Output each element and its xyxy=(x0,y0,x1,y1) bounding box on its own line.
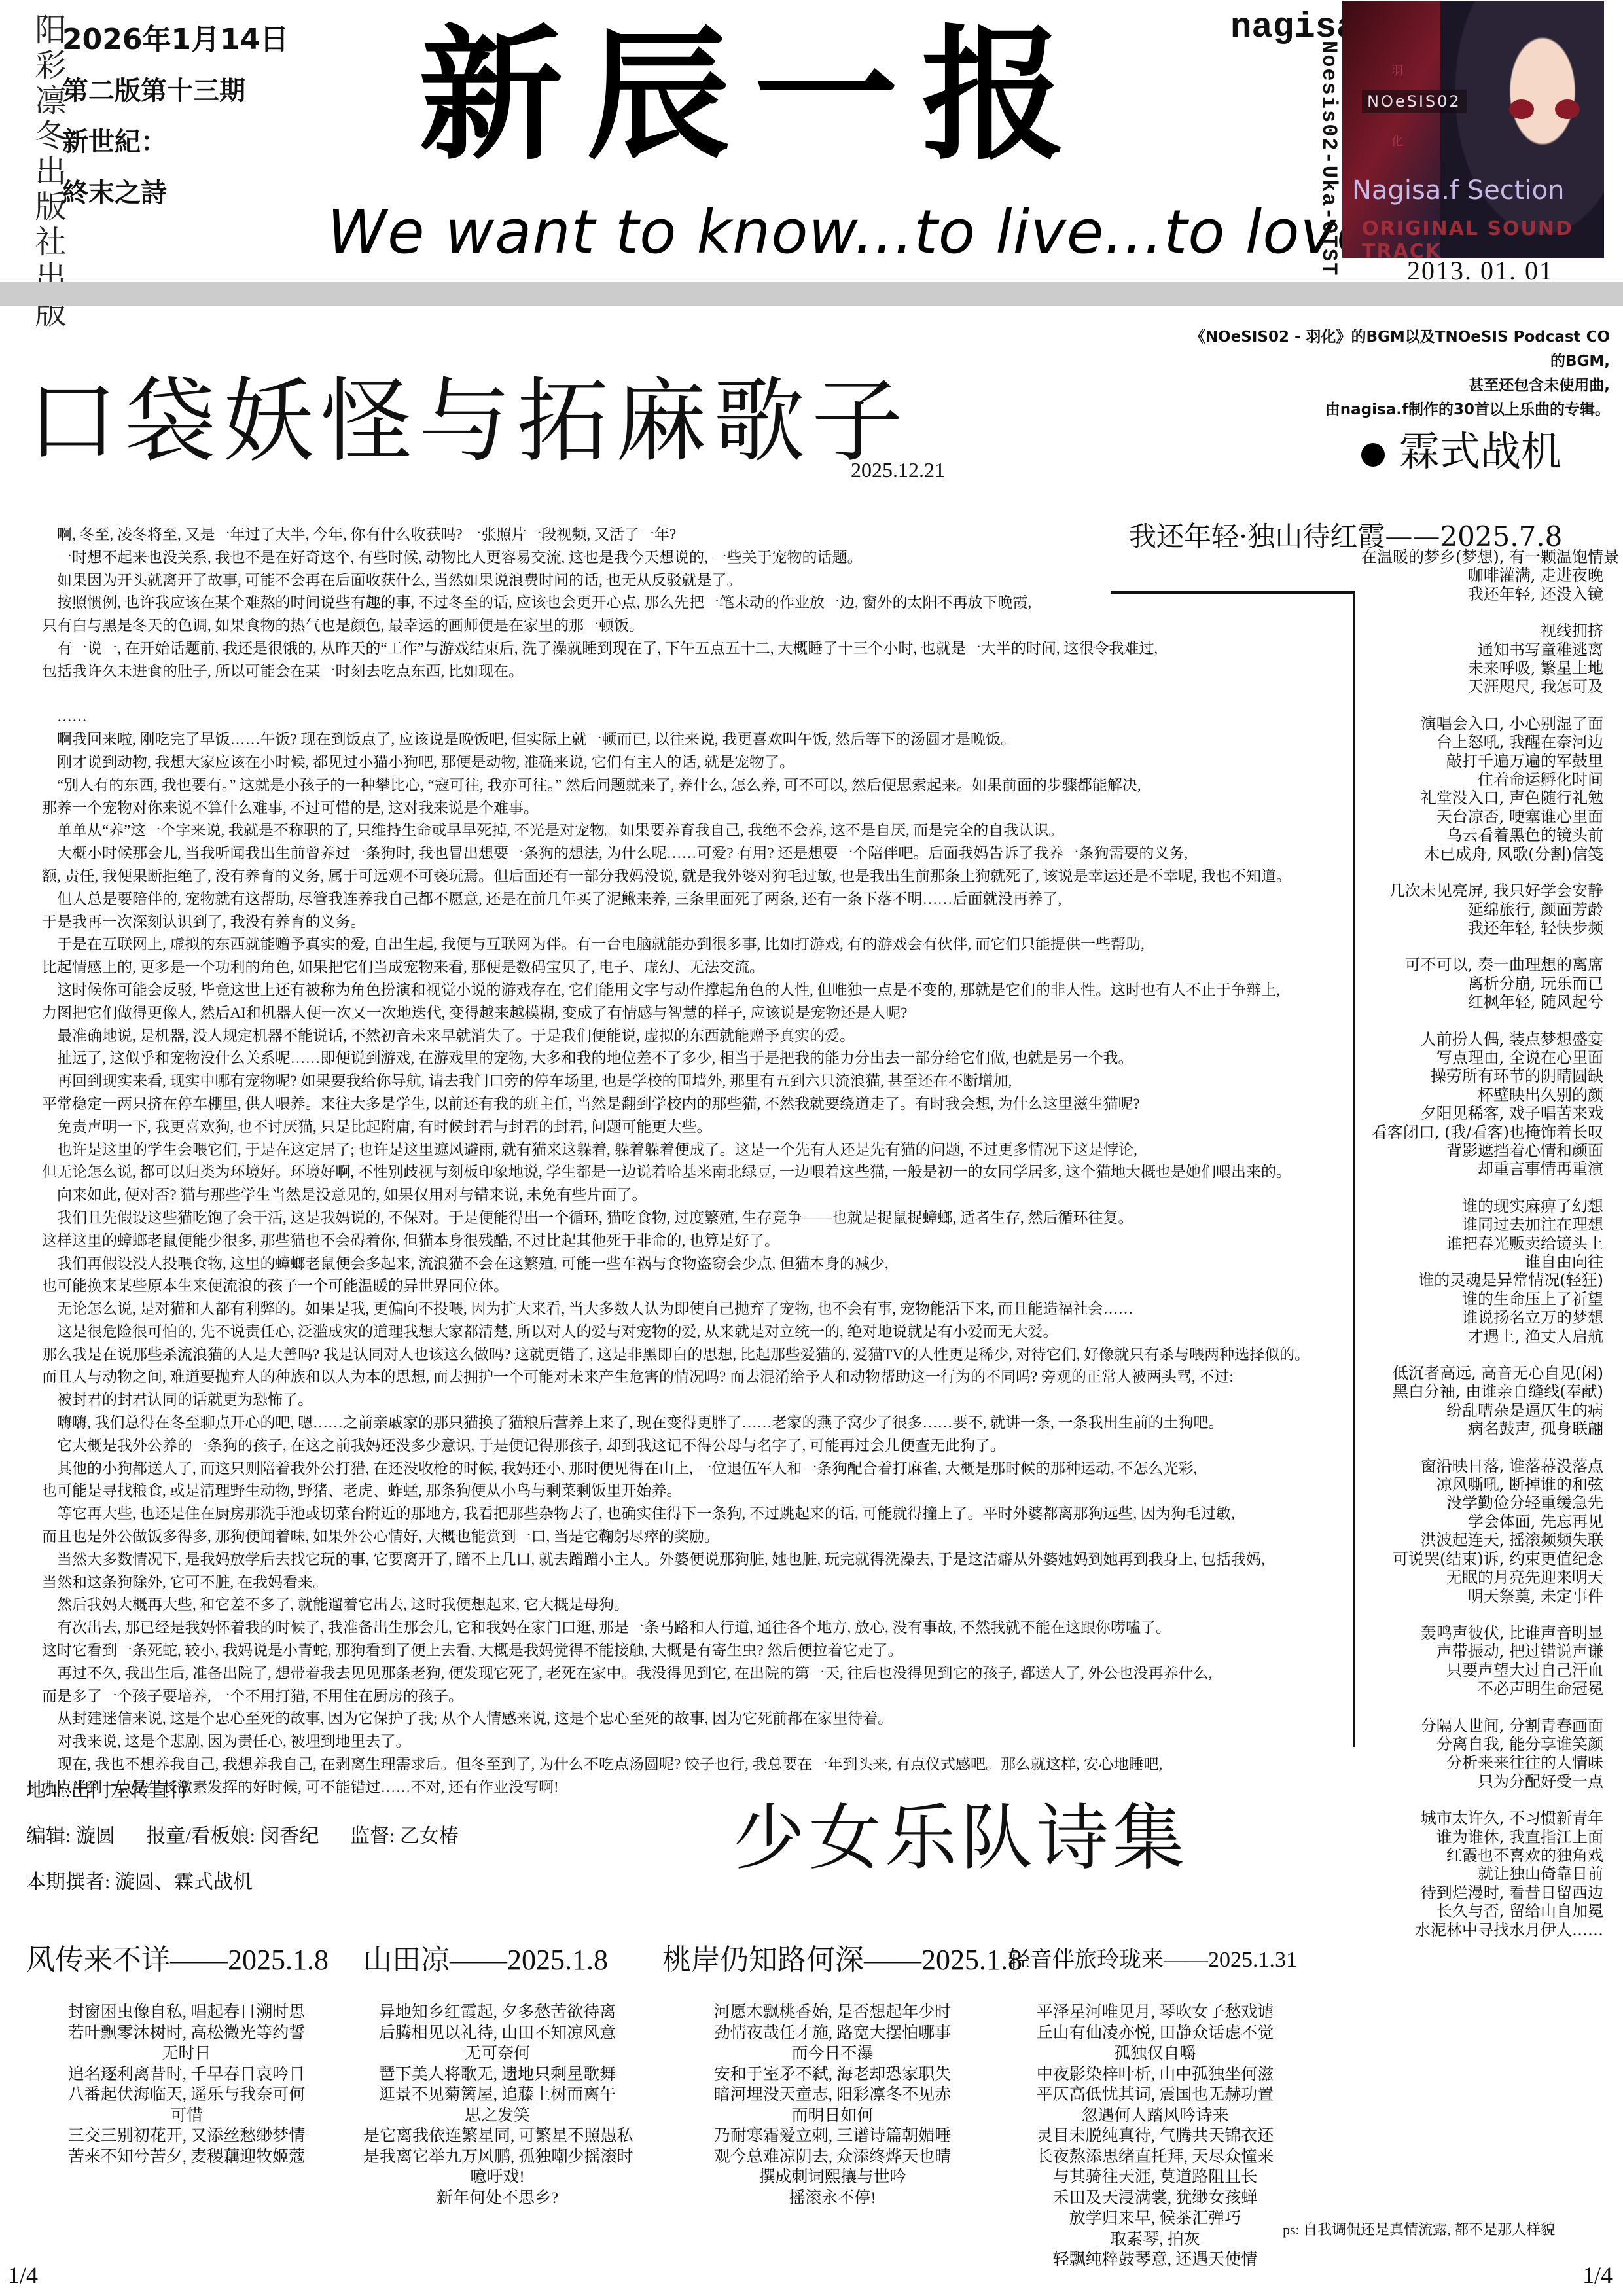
colophon-address: 地址:出门左转直行 xyxy=(26,1774,459,1820)
cover-noesis-logo: NOeSIS02 xyxy=(1362,90,1467,113)
poem-line: 低沉者高远, 高音无心自见(闲) xyxy=(1361,1364,1603,1382)
poem-line: 长夜熬添思绪直托拜, 天尽众憧来 xyxy=(1008,2147,1302,2168)
article-paragraph: 等它再大些, 也还是住在厨房那洗手池或切菜台附近的那地方, 我看把那些杂物去了,… xyxy=(42,1503,1351,1526)
poem-line: 住着命运孵化时间 xyxy=(1361,770,1603,789)
bottom-poem-body: 异地知乡红霞起, 夕多愁苦欲待离后腾相见以礼待, 山田不知凉风意无可奈何琶下美人… xyxy=(363,2002,632,2208)
article-paragraph: 但人总是要陪伴的, 宠物就有这帮助, 尽管我连养我自己都不愿意, 还是在前几年买… xyxy=(42,888,1351,911)
article-paragraph: 现在, 我也不想养我自己, 我想养我自己, 在剥离生理需求后。但冬至到了, 为什… xyxy=(42,1753,1351,1776)
poem-line: 轻飘纯粹鼓琴意, 还遇天使情 xyxy=(1008,2250,1302,2270)
article-paragraph: 而且也是外公做饭多得多, 那狗便闻着味, 如果外公心情好, 大概也能赏到一口, … xyxy=(42,1526,1351,1549)
article-paragraph: 而是多了一个孩子要培养, 一个不用打猎, 不用住在厨房的孩子。 xyxy=(42,1685,1351,1708)
article-paragraph: 而且人与动物之间, 难道要抛弃人的种族和以人为本的思想, 而去拥护一个可能对未来… xyxy=(42,1366,1351,1389)
poem-line: 明天祭奠, 未定事件 xyxy=(1361,1587,1603,1605)
article-paragraph: 这是很危险很可怕的, 先不说责任心, 泛滥成灾的道理我想大家都清楚, 所以对人的… xyxy=(42,1321,1351,1344)
album-blurb-line: 甚至还包含未使用曲, xyxy=(1178,374,1610,398)
poem-line: 窗沿映日落, 谁落幕没落点 xyxy=(1361,1457,1603,1475)
page-number-right: 1/4 xyxy=(1582,2261,1613,2289)
article-paragraph: 对我来说, 这是个悲剧, 因为责任心, 被埋到地里去了。 xyxy=(42,1731,1351,1753)
author-name: 霖式战机 xyxy=(1399,427,1561,475)
newspaper-slogan: We want to know...to live...to love xyxy=(327,200,1374,265)
poem-line: 琶下美人将歌无, 遗地只剩星歌舞 xyxy=(363,2064,632,2085)
poem-line: 可惜 xyxy=(26,2106,347,2126)
poem-line: 中夜影染梓叶析, 山中孤独坐何滋 xyxy=(1008,2064,1302,2085)
article-paragraph: 也可能是寻找粮食, 或是清理野生动物, 野猪、老虎、蚱蜢, 那条狗便从小鸟与剩菜… xyxy=(42,1480,1351,1503)
poem-line: 封窗困虫像自私, 唱起春日溯时思 xyxy=(26,2002,347,2023)
poem-line: 没学勤俭分轻重缓急先 xyxy=(1361,1494,1603,1512)
poem-line: 凉风嘶吼, 断掉谁的和弦 xyxy=(1361,1475,1603,1494)
poem-line: 待到烂漫时, 看昔日留西边 xyxy=(1361,1884,1603,1902)
poem-line: 纷乱嘈杂是逼仄生的病 xyxy=(1361,1401,1603,1420)
poem-stanza: 演唱会入口, 小心别湿了面台上怒吼, 我醒在奈河边敲打千遍万遍的军鼓里住着命运孵… xyxy=(1361,715,1603,863)
poem-line: 咖啡灌满, 走进夜晚 xyxy=(1361,566,1603,584)
poem-line: 而今日不瀑 xyxy=(662,2043,1003,2064)
cover-kanji-bottom: 化 xyxy=(1391,132,1403,149)
bottom-poem-title: 桃岸仍知路何深——2025.1.8 xyxy=(662,1941,1003,1980)
article-paragraph: 扯远了, 这似乎和宠物没什么关系呢……即便说到游戏, 在游戏里的宠物, 大多和我… xyxy=(42,1047,1351,1070)
article-paragraph: 大概小时候那会儿, 当我听闻我出生前曾养过一条狗时, 我也冒出想要一条狗的想法,… xyxy=(42,842,1351,865)
article-paragraph: 那么我是在说那些杀流浪猫的人是大善吗? 我是认同对人也该这么做吗? 这就更错了,… xyxy=(42,1344,1351,1367)
poem-line: 谁的生命压上了祈望 xyxy=(1361,1290,1603,1308)
poem-line: 敲打千遍万遍的军鼓里 xyxy=(1361,752,1603,770)
poem-line: 放学归来早, 候茶汇弹巧 xyxy=(1008,2208,1302,2229)
poem-line: 谁为谁休, 我直指江上面 xyxy=(1361,1828,1603,1846)
poem-line: 谁同过去加注在理想 xyxy=(1361,1215,1603,1234)
bottom-poem-title: 山田凉——2025.1.8 xyxy=(363,1941,632,1980)
page-number-left: 1/4 xyxy=(8,2261,38,2289)
article-paragraph: 有一说一, 在开始话题前, 我还是很饿的, 从昨天的“工作”与游戏结束后, 洗了… xyxy=(42,637,1351,660)
article-paragraph: 它大概是我外公养的一条狗的孩子, 在这之前我妈还没多少意识, 于是便记得那孩子,… xyxy=(42,1435,1351,1458)
poem-line: 轰鸣声彼伏, 比谁声音明显 xyxy=(1361,1624,1603,1642)
poem-stanza: 城市太许久, 不习惯新青年谁为谁休, 我直指江上面红霞也不喜欢的独角戏就让独山倚… xyxy=(1361,1809,1603,1939)
author-tag: 霖式战机 xyxy=(1361,419,1561,477)
poem-line: 是我离它举九万风鹏, 孤独嘲少摇滚时 xyxy=(363,2147,632,2168)
poem-line: 安和于室矛不弑, 海老却恐家职失 xyxy=(662,2064,1003,2085)
poem-stanza: 视线拥挤通知书写童稚逃离未来呼吸, 繁星土地天涯咫尺, 我怎可及 xyxy=(1361,622,1603,696)
article-paragraph: …… xyxy=(42,706,1351,728)
poem-line: 不必声明生命冠冕 xyxy=(1361,1679,1603,1698)
poem-line: 只为分配好受一点 xyxy=(1361,1772,1603,1791)
poem-stanza: 人前扮人偶, 装点梦想盛宴写点理由, 全说在心里面操劳所有环节的阴晴圆缺杯壁映出… xyxy=(1361,1030,1603,1179)
poem-stanza: 低沉者高远, 高音无心自见(闲)黑白分袖, 由谁亲自缝线(奉献)纷乱嘈杂是逼仄生… xyxy=(1361,1364,1603,1439)
poem-line: 乌云看着黑色的镜头前 xyxy=(1361,826,1603,844)
poem-stanza: 几次未见亮屏, 我只好学会安静延绵旅行, 颜面芳龄我还年轻, 轻快步频 xyxy=(1361,882,1603,937)
poem-line: 是它离我依连繁星同, 可繁星不照愚私 xyxy=(363,2126,632,2147)
poem-line: 天涯咫尺, 我怎可及 xyxy=(1361,677,1603,696)
poem-line: 平泽星河唯见月, 琴吹女子愁戏谑 xyxy=(1008,2002,1302,2023)
article-paragraph: 其他的小狗都送人了, 而这只则陪着我外公打猎, 在还没收枪的时候, 我妈还小, … xyxy=(42,1458,1351,1480)
poem-line: 我还年轻, 还没入镜 xyxy=(1361,585,1603,603)
poem-line: 无眠的月亮先迎来明天 xyxy=(1361,1568,1603,1587)
poem-line: 灵目未脱纯真待, 气腾共天锦衣还 xyxy=(1008,2126,1302,2147)
poem-line: 取素琴, 拍灰 xyxy=(1008,2229,1302,2250)
poem-line: 乃耐寒霜爱立刺, 三谱诗篇朝媚唾 xyxy=(662,2126,1003,2147)
article-paragraph: 刚才说到动物, 我想大家应该在小时候, 都见过小猫小狗吧, 那便是动物, 准确来… xyxy=(42,751,1351,774)
poem-line: 通知书写童稚逃离 xyxy=(1361,641,1603,659)
series-line-2: 終末之詩 xyxy=(62,168,289,219)
article-paragraph: 嗨嗨, 我们总得在冬至聊点开心的吧, 嗯……之前亲戚家的那只猫换了猫粮后营养上来… xyxy=(42,1412,1351,1435)
article-paragraph: 再过不久, 我出生后, 准备出院了, 想带着我去见见那条老狗, 便发现它死了, … xyxy=(42,1662,1351,1685)
poem-stanza: 可不可以, 奏一曲理想的离席离析分崩, 玩乐而已红枫年轻, 随风起兮 xyxy=(1361,956,1603,1011)
poem-line: 却重言事情再重演 xyxy=(1361,1160,1603,1178)
article-paragraph: 从封建迷信来说, 这是个忠心至死的故事, 因为它保护了我; 从个人情感来说, 这… xyxy=(42,1708,1351,1731)
poem-line: 城市太许久, 不习惯新青年 xyxy=(1361,1809,1603,1827)
poem-line: 夕阳见稀客, 戏子唱苦来戏 xyxy=(1361,1104,1603,1122)
bullet-dot-icon xyxy=(1361,443,1385,467)
article-paragraph: 无论怎么说, 是对猫和人都有利弊的。如果是我, 更偏向不投喂, 因为扩大来看, … xyxy=(42,1298,1351,1321)
poem-line: 才遇上, 渔丈人启航 xyxy=(1361,1327,1603,1346)
poem-line: 禾田及天浸满裳, 犹缈女孩蝉 xyxy=(1008,2188,1302,2209)
poem-line: 在温暖的梦乡(梦想), 有一颗温饱情景 xyxy=(1361,548,1603,566)
poem-line: 而明日如何 xyxy=(662,2106,1003,2126)
bottom-poem: 轻音伴旅玲珑来——2025.1.31 平泽星河唯见月, 琴吹女子愁戏谑丘山有仙凌… xyxy=(1008,1941,1302,2270)
cover-character-eyes xyxy=(1509,99,1588,119)
article-paragraph: 这样这里的蟑螂老鼠便能少很多, 那些猫也不会碍着你, 但猫本身很残酷, 不过比起… xyxy=(42,1230,1351,1253)
poem-line: 只要声望大过自己汗血 xyxy=(1361,1661,1603,1679)
bottom-poem: 风传来不详——2025.1.8 封窗困虫像自私, 唱起春日溯时思若叶飘零沐树时,… xyxy=(26,1941,347,2167)
poem-line: 谁把春光贩卖给镜头上 xyxy=(1361,1234,1603,1253)
poem-stanza: 谁的现实麻痹了幻想谁同过去加注在理想谁把春光贩卖给镜头上谁自由向往谁的灵魂是异常… xyxy=(1361,1197,1603,1346)
article-paragraph: 于是在互联网上, 虚拟的东西就能赠予真实的爱, 自出生起, 我便与互联网为伴。有… xyxy=(42,933,1351,956)
bottom-poem-body: 河愿木飘桃香始, 是否想起年少时劲情夜哉任才施, 路宽大摆怕哪事而今日不瀑安和于… xyxy=(662,2002,1003,2208)
article-paragraph: 按照惯例, 也许我应该在某个难熬的时间说些有趣的事, 不过冬至的话, 应该也会更… xyxy=(42,592,1351,615)
poem-line: 离析分崩, 玩乐而已 xyxy=(1361,975,1603,993)
poem-line: 长久与否, 留给山自加冕 xyxy=(1361,1902,1603,1920)
poem-line: 声带振动, 把过错说声谦 xyxy=(1361,1642,1603,1660)
article-paragraph: 比起情感上的, 更多是一个功利的角色, 如果把它们当成宠物来看, 那便是数码宝贝… xyxy=(42,956,1351,979)
article-paragraph: 然后我妈大概再大些, 和它差不多了, 就能遛着它出去, 这时我便想起来, 它大概… xyxy=(42,1594,1351,1617)
article-date: 2025.12.21 xyxy=(851,458,945,482)
article-paragraph: 当然和这条狗除外, 它可不脏, 在我妈看来。 xyxy=(42,1571,1351,1594)
article-paragraph: 我们且先假设这些猫吃饱了会干活, 这是我妈说的, 不保对。于是便能得出一个循环,… xyxy=(42,1207,1351,1230)
poem-line: 谁自由向往 xyxy=(1361,1253,1603,1271)
poem-line: 红枫年轻, 随风起兮 xyxy=(1361,993,1603,1011)
series-line-1: 新世紀： xyxy=(62,117,289,168)
article-paragraph: 力图把它们做得更像人, 然后AI和机器人便一次又一次地迭代, 变得越来越模糊, … xyxy=(42,1002,1351,1025)
poem-line: 逛景不见菊篱屋, 追藤上树而离午 xyxy=(363,2085,632,2106)
issue-edition: 第二版第十三期 xyxy=(62,65,289,117)
poem-line: 暗河埋没天童志, 阳彩凛冬不见赤 xyxy=(662,2085,1003,2106)
poem-line: 新年何处不思乡? xyxy=(363,2188,632,2209)
poem-line: 忽遇何人踏风吟诗来 xyxy=(1008,2106,1302,2126)
poem-line: 撰成刺词熙攘与世吟 xyxy=(662,2167,1003,2188)
poem-stanza: 轰鸣声彼伏, 比谁声音明显声带振动, 把过错说声谦只要声望大过自己汗血不必声明生… xyxy=(1361,1624,1603,1698)
article-paragraph: 如果因为开头就离开了故事, 可能不会再在后面收获什么, 当然如果说浪费时间的话,… xyxy=(42,569,1351,592)
newspaper-title: 新辰一报 xyxy=(419,20,1089,170)
article-paragraph: 最准确地说, 是机器, 没人规定机器不能说话, 不然初音未来早就消失了。于是我们… xyxy=(42,1025,1351,1048)
article-paragraph: 只有白与黑是冬天的色调, 如果食物的热气也是颜色, 最幸运的画师便是在家里的那一… xyxy=(42,615,1351,637)
article-paragraph: 这时候你可能会反驳, 毕竟这世上还有被称为角色扮演和视觉小说的游戏存在, 它们能… xyxy=(42,979,1351,1002)
poem-line: 人前扮人偶, 装点梦想盛宴 xyxy=(1361,1030,1603,1049)
header-divider-band xyxy=(0,282,1623,306)
colophon-staff: 编辑: 漩圆 报童/看板娘: 闵香纪 监督: 乙女椿 xyxy=(26,1820,459,1865)
album-blurb-line: 《NOeSIS02 - 羽化》的BGM以及TNOeSIS Podcast CO的… xyxy=(1178,325,1610,374)
poem-line: 孤独仅自嚼 xyxy=(1008,2043,1302,2064)
article-paragraph: “别人有的东西, 我也要有。” 这就是小孩子的一种攀比心, “寇可往, 我亦可往… xyxy=(42,774,1351,797)
article-paragraph: 当然大多数情况下, 是我妈放学后去找它玩的事, 它要离开了, 蹭不上几口, 就去… xyxy=(42,1549,1351,1571)
colophon-reporter: 报童/看板娘: 闵香纪 xyxy=(146,1825,319,1847)
cover-ost-text: ORIGINAL SOUND TRACK xyxy=(1362,217,1604,258)
poem-stanza: 分隔人世间, 分割青春画面分离自我, 能分享谁笑颜分析来来往往的人情味只为分配好… xyxy=(1361,1717,1603,1791)
poem-line: 谁说扬名立万的梦想 xyxy=(1361,1308,1603,1327)
poem-line: 可说哭(结束)诉, 约束更值纪念 xyxy=(1361,1550,1603,1568)
poem-line: 可不可以, 奏一曲理想的离席 xyxy=(1361,956,1603,974)
bottom-poem: 桃岸仍知路何深——2025.1.8 河愿木飘桃香始, 是否想起年少时劲情夜哉任才… xyxy=(662,1941,1003,2208)
album-cover-image: 羽 NOeSIS02 化 Nagisa.f Section ORIGINAL S… xyxy=(1342,1,1604,258)
bottom-poem-title: 风传来不详——2025.1.8 xyxy=(26,1941,347,1980)
album-blurb: 《NOeSIS02 - 羽化》的BGM以及TNOeSIS Podcast CO的… xyxy=(1178,325,1610,422)
poem-line: 写点理由, 全说在心里面 xyxy=(1361,1049,1603,1067)
colophon-supervisor: 监督: 乙女椿 xyxy=(350,1825,459,1847)
bottom-poem-body: 封窗困虫像自私, 唱起春日溯时思若叶飘零沐树时, 高松微光等约誓无时日追名逐利离… xyxy=(26,2002,347,2167)
section-title: 少女乐队诗集 xyxy=(733,1780,1188,1884)
issue-meta: 2026年1月14日 第二版第十三期 新世紀： 終末之詩 xyxy=(62,14,289,219)
poem-line: 与其骑往天涯, 莫道路阻且长 xyxy=(1008,2167,1302,2188)
article-paragraph: 被封君的封君认同的话就更为恐怖了。 xyxy=(42,1389,1351,1412)
poem-line: 台上怒吼, 我醒在奈河边 xyxy=(1361,733,1603,751)
poem-line: 黑白分袖, 由谁亲自缝线(奉献) xyxy=(1361,1382,1603,1401)
article-paragraph: 额, 责任, 我便果断拒绝了, 没有养育的义务, 属于可远观不可亵玩焉。但后面还… xyxy=(42,865,1351,888)
poem-line: 礼堂没入口, 声色随行礼勉 xyxy=(1361,789,1603,807)
poem-line: 思之发笑 xyxy=(363,2106,632,2126)
poem-line: 追名逐利离昔时, 千早春日哀吟日 xyxy=(26,2064,347,2085)
article-paragraph xyxy=(42,683,1351,706)
poem-line: 洪波起连天, 摇滚频频失联 xyxy=(1361,1531,1603,1549)
poem-line: 无时日 xyxy=(26,2043,347,2064)
article-paragraph: 单单从“养”这一个字来说, 我就是不称职的了, 只维持生命或早早死掉, 不光是对… xyxy=(42,819,1351,842)
article-headline: 口袋妖怪与拓麻歌子 xyxy=(26,373,910,471)
poem-line: 学会体面, 先忘再见 xyxy=(1361,1513,1603,1531)
poem-line: 河愿木飘桃香始, 是否想起年少时 xyxy=(662,2002,1003,2023)
poem-line: 噫吁戏! xyxy=(363,2167,632,2188)
poem-line: 操劳所有环节的阴晴圆缺 xyxy=(1361,1067,1603,1085)
cover-section-text: Nagisa.f Section xyxy=(1352,175,1564,206)
article-paragraph: 但无论怎么说, 都可以归类为环境好。环境好啊, 不性别歧视与刻板印象地说, 学生… xyxy=(42,1161,1351,1184)
poem-line: 摇滚永不停! xyxy=(662,2188,1003,2209)
article-paragraph: 于是我再一次深刻认识到了, 我没有养育的义务。 xyxy=(42,911,1351,934)
poem-line: 看客闭口, (我/看客)也掩饰着长叹 xyxy=(1361,1123,1603,1141)
poem-line: 异地知乡红霞起, 夕多愁苦欲待离 xyxy=(363,2002,632,2023)
poem-line: 三交三别初花开, 又添丝愁缈梦情 xyxy=(26,2126,347,2147)
article-paragraph: 包括我许久未进食的肚子, 所以可能会在某一时刻去吃点东西, 比如现在。 xyxy=(42,660,1351,683)
article-paragraph: 那养一个宠物对你来说不算什么难事, 不过可惜的是, 这对我来说是个难事。 xyxy=(42,797,1351,820)
article-paragraph: 也许是这里的学生会喂它们, 于是在这定居了; 也许是这里遮风避雨, 就有猫来这躲… xyxy=(42,1139,1351,1162)
poem-postscript: ps: 自我调侃还是真情流露, 都不是那人样貌 xyxy=(1283,2219,1555,2239)
article-paragraph: 免责声明一下, 我更喜欢狗, 也不讨厌猫, 只是比起附庸, 有时候封君与封君的封… xyxy=(42,1116,1351,1139)
poem-line: 后腾相见以礼待, 山田不知凉风意 xyxy=(363,2023,632,2044)
bottom-poem-body: 平泽星河唯见月, 琴吹女子愁戏谑丘山有仙凌亦悦, 田静众话虑不觉孤独仅自嚼中夜影… xyxy=(1008,2002,1302,2270)
poem-line: 几次未见亮屏, 我只好学会安静 xyxy=(1361,882,1603,900)
cover-kanji-top: 羽 xyxy=(1391,62,1403,79)
poem-line: 平仄高低忧其词, 震国也无赫功置 xyxy=(1008,2085,1302,2106)
poem-line: 观今总难凉阴去, 众添终烨天也晴 xyxy=(662,2147,1003,2168)
poem-line: 若叶飘零沐树时, 高松微光等约誓 xyxy=(26,2023,347,2044)
poem-line: 未来呼吸, 繁星土地 xyxy=(1361,659,1603,677)
article-paragraph: 有次出去, 那已经是我妈怀着我的时候了, 我准备出生那会儿, 它和我妈在家门口逛… xyxy=(42,1617,1351,1640)
poem-line: 丘山有仙凌亦悦, 田静众话虑不觉 xyxy=(1008,2023,1302,2044)
poem-line: 谁的现实麻痹了幻想 xyxy=(1361,1197,1603,1215)
article-paragraph: 也可能换来某些原本生来便流浪的孩子一个可能温暖的异世界同位体。 xyxy=(42,1275,1351,1298)
poem-line: 分离自我, 能分享谁笑颜 xyxy=(1361,1735,1603,1753)
poem-line: 苦来不知兮苦夕, 麦稷藕迎牧姬蔻 xyxy=(26,2147,347,2168)
article-paragraph: 这时它看到一条死蛇, 较小, 我妈说是小青蛇, 那狗看到了便上去看, 大概是我妈… xyxy=(42,1640,1351,1662)
poem-line: 就让独山倚靠日前 xyxy=(1361,1865,1603,1883)
poem-line: 木已成舟, 风歌(分割)信笺 xyxy=(1361,845,1603,863)
poem-line: 延绵旅行, 颜面芳龄 xyxy=(1361,901,1603,919)
poem-line: 八番起伏海临天, 遥乐与我奈可何 xyxy=(26,2085,347,2106)
poem-line: 劲情夜哉任才施, 路宽大摆怕哪事 xyxy=(662,2023,1003,2044)
colophon-writers: 本期撰者: 漩圆、霖式战机 xyxy=(26,1865,459,1911)
poem-line: 视线拥挤 xyxy=(1361,622,1603,640)
poem-line: 杯壁映出久别的颜 xyxy=(1361,1086,1603,1104)
poem-stanza: 窗沿映日落, 谁落幕没落点凉风嘶吼, 断掉谁的和弦没学勤俭分轻重缓急先学会体面,… xyxy=(1361,1457,1603,1605)
album-id-vertical: Noesis02-Uka-OTST xyxy=(1317,41,1341,276)
poem-line: 红霞也不喜欢的独角戏 xyxy=(1361,1846,1603,1865)
poem-box-right-rule xyxy=(1353,591,1355,1747)
article-paragraph: 啊我回来啦, 刚吃完了早饭……午饭? 现在到饭点了, 应该说是晚饭吧, 但实际上… xyxy=(42,728,1351,751)
bottom-poem-title: 轻音伴旅玲珑来——2025.1.31 xyxy=(1008,1941,1302,1980)
colophon: 地址:出门左转直行 编辑: 漩圆 报童/看板娘: 闵香纪 监督: 乙女椿 本期撰… xyxy=(26,1774,459,1911)
poem-line: 演唱会入口, 小心别湿了面 xyxy=(1361,715,1603,733)
article-body: 啊, 冬至, 凌冬将至, 又是一年过了大半, 今年, 你有什么收获吗? 一张照片… xyxy=(42,524,1351,1799)
poem-line: 分析来来往往的人情味 xyxy=(1361,1753,1603,1772)
poem-line: 谁的灵魂是异常情况(轻狂) xyxy=(1361,1271,1603,1289)
article-paragraph: 我们再假设没人投喂食物, 这里的蟑螂老鼠便会多起来, 流浪猫不会在这繁殖, 可能… xyxy=(42,1253,1351,1276)
poem-line: 水泥林中寻找水月伊人…… xyxy=(1361,1921,1603,1939)
poem-line: 无可奈何 xyxy=(363,2043,632,2064)
poem-line: 病名鼓声, 孤身联翩 xyxy=(1361,1420,1603,1438)
right-poem-body: 在温暖的梦乡(梦想), 有一颗温饱情景咖啡灌满, 走进夜晚我还年轻, 还没入镜视… xyxy=(1361,548,1603,1958)
poem-line: 我还年轻, 轻快步频 xyxy=(1361,919,1603,937)
poem-line: 背影遮挡着心情和颜面 xyxy=(1361,1141,1603,1160)
poem-line: 分隔人世间, 分割青春画面 xyxy=(1361,1717,1603,1735)
poem-stanza: 在温暖的梦乡(梦想), 有一颗温饱情景咖啡灌满, 走进夜晚我还年轻, 还没入镜 xyxy=(1361,548,1603,603)
article-paragraph: 平常稳定一两只挤在停车棚里, 供人喂养。来往大多是学生, 以前还有我的班主任, … xyxy=(42,1093,1351,1116)
colophon-editor: 编辑: 漩圆 xyxy=(26,1825,115,1847)
issue-date: 2026年1月14日 xyxy=(62,14,289,65)
article-paragraph: 向来如此, 便对否? 猫与那些学生当然是没意见的, 如果仅用对与错来说, 未免有… xyxy=(42,1184,1351,1207)
album-release-date: 2013. 01. 01 xyxy=(1407,255,1554,286)
article-paragraph: 再回到现实来看, 现实中哪有宠物呢? 如果要我给你导航, 请去我门口旁的停车场里… xyxy=(42,1070,1351,1093)
poem-line: 天台凉否, 哽塞谁心里面 xyxy=(1361,808,1603,826)
bottom-poem: 山田凉——2025.1.8 异地知乡红霞起, 夕多愁苦欲待离后腾相见以礼待, 山… xyxy=(363,1941,632,2208)
